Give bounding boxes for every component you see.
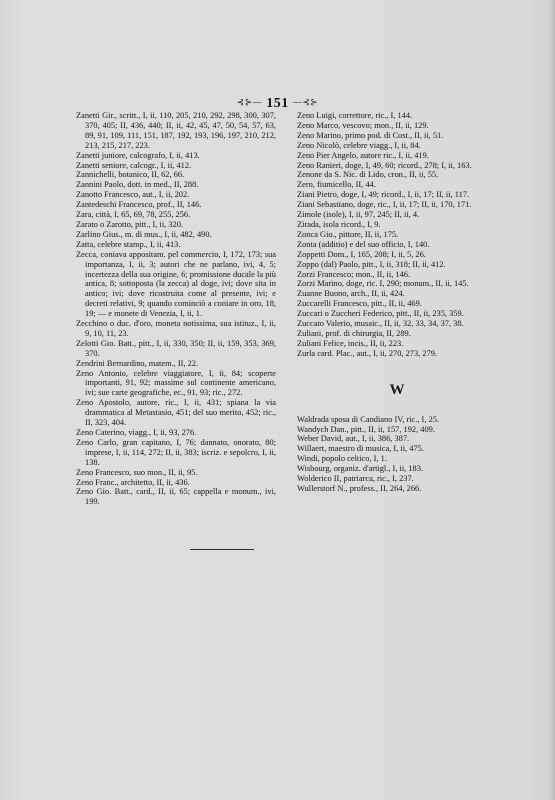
page-number: 151 xyxy=(266,96,289,111)
index-entry: Zurla card. Plac., aut., I, ii, 270, 273… xyxy=(297,349,497,359)
index-entry: Zeno Franc., architetto, II, ii, 436. xyxy=(76,478,276,488)
page-number-header: ⊰⊱— 151 —⊰⊱ xyxy=(0,96,555,112)
end-rule-divider xyxy=(190,549,254,550)
index-entry: Zendrini Bernardino, matem., II, 22. xyxy=(76,359,276,369)
index-entry: Wisbourg, organiz. d'artigl., I, ii, 183… xyxy=(297,464,497,474)
document-page: ⊰⊱— 151 —⊰⊱ Zanetti Gir., scritt., I, ii… xyxy=(0,0,555,800)
index-entry: Zonta (additio) e del suo officio, I, 14… xyxy=(297,240,497,250)
index-entry: Zeno Marino, primo pod. di Cost., II, ii… xyxy=(297,131,497,141)
index-entry: Zeno Caterino, viagg., I, ii, 93, 276. xyxy=(76,428,276,438)
index-entry: Zeno Ranieri, doge, I, 49, 60; ricord., … xyxy=(297,161,497,171)
index-entry: Wandych Dan., pitt., II, ii, 157, 192, 4… xyxy=(297,425,497,435)
index-entry: Zatta, celebre stamp., I, ii, 413. xyxy=(76,240,276,250)
index-entry: Zeno Gio. Batt., card., II, ii, 65; capp… xyxy=(76,487,276,507)
index-entry: Zeno Francesco, suo mon., II, ii, 95. xyxy=(76,468,276,478)
index-entry: Zelotti Gio. Batt., pitt., I, ii, 330, 3… xyxy=(76,339,276,359)
index-entry: Zeno Luigi, correttore, ric., I, 144. xyxy=(297,111,497,121)
index-entry: Ziani Pietro, doge, I, 49; ricord., I, i… xyxy=(297,190,497,200)
index-entry: Zuanne Buono, arch., II, ii, 424. xyxy=(297,289,497,299)
index-entry: Weber David, aut., I, ii, 386, 387. xyxy=(297,434,497,444)
index-entry: Zeno Carlo, gran capitano, I, 76; dannat… xyxy=(76,438,276,468)
index-entry: Zeno Nicolò, celebre viagg., I, ii, 84. xyxy=(297,141,497,151)
index-entry: Zuliani Felice, incis., II, ii, 223. xyxy=(297,339,497,349)
index-entry: Zeno Apostolo, autore, ric., I, ii, 431;… xyxy=(76,398,276,428)
index-entry: Zecca, coniava appositam. pel commercio,… xyxy=(76,250,276,319)
index-entry: Willaert, maestro di musica, I, ii, 475. xyxy=(297,444,497,454)
index-entry: Zenone da S. Nic. di Lido, cron., II, ii… xyxy=(297,170,497,180)
index-entry: Zuccari o Zuccheri Federico, pitt., II, … xyxy=(297,309,497,319)
index-entry: Zarlino Gius., m. di mus., I, ii, 482, 4… xyxy=(76,230,276,240)
index-entry: Zarato o Zarotto, pitt., I, ii, 320. xyxy=(76,220,276,230)
index-entry: Zonca Gio., pittore, II, ii, 175. xyxy=(297,230,497,240)
left-column: Zanetti Gir., scritt., I, ii, 110, 205, … xyxy=(76,111,276,507)
index-entry: Zimole (isole), I, ii, 97, 245; II, ii, … xyxy=(297,210,497,220)
index-entry: Zanotto Francesco, aut., I, ii, 202. xyxy=(76,190,276,200)
ornament-right-icon: —⊰⊱ xyxy=(293,97,319,107)
index-entry: Zecchino o duc. d'oro, moneta notissima,… xyxy=(76,319,276,339)
index-entry: Ziani Sebastiano, doge, ric., I, ii, 17;… xyxy=(297,200,497,210)
page-edge xyxy=(550,0,555,800)
index-entry: Zanetti seniore, calcogr., I, ii, 412. xyxy=(76,161,276,171)
index-entry: Zirada, isola ricord., I, 9. xyxy=(297,220,497,230)
index-entry: Wullerstorf N., profess., II, 264, 266. xyxy=(297,484,497,494)
index-entry: Zuccato Valerio, musaic., II, ii, 32, 33… xyxy=(297,319,497,329)
index-entry: Zuliani, prof. di chirurgia, II, 289. xyxy=(297,329,497,339)
section-letter-heading: W xyxy=(297,382,497,398)
index-entry: Zeno Pier Angelo, autore ric., I, ii, 41… xyxy=(297,151,497,161)
index-entry: Zorzi Francesco; mon., II, ii, 146. xyxy=(297,270,497,280)
index-entry: Zantedeschi Francesco, prof., II, 146. xyxy=(76,200,276,210)
index-entry: Zoppo (dal) Paolo, pitt., I, ii, 318; II… xyxy=(297,260,497,270)
index-entry: Zannini Paolo, dott. in med., II, 288. xyxy=(76,180,276,190)
index-entry: Zanetti Gir., scritt., I, ii, 110, 205, … xyxy=(76,111,276,151)
index-entry: Zoppetti Dom., I, 165, 208; I, ii, 5, 26… xyxy=(297,250,497,260)
index-entry: Windi, popolo celtico, I, 1. xyxy=(297,454,497,464)
index-entry: Zero, fiumicello, II, 44. xyxy=(297,180,497,190)
index-entry: Zannichelli, botanico, II, 62, 66. xyxy=(76,170,276,180)
right-column: Zeno Luigi, correttore, ric., I, 144. Ze… xyxy=(297,111,497,494)
index-entry: Zorzi Marino, doge, ric. I, 290; monum.,… xyxy=(297,279,497,289)
index-entry: Zara, città, I, 65, 69, 78, 255, 256. xyxy=(76,210,276,220)
index-entry: Zuccarelli Francesco, pitt., II, ii, 469… xyxy=(297,299,497,309)
ornament-left-icon: ⊰⊱— xyxy=(237,97,263,107)
index-entry: Waldrada sposa di Candiano IV, ric., I, … xyxy=(297,415,497,425)
index-entry: Wolderico II, patriarca, ric., I, 237. xyxy=(297,474,497,484)
index-entry: Zeno Marco, vescovo; mon., II, ii, 129. xyxy=(297,121,497,131)
index-entry: Zeno Antonio, celebre viaggiatore, I, ii… xyxy=(76,369,276,399)
index-entry: Zanetti juniore, calcografo, I, ii, 413. xyxy=(76,151,276,161)
